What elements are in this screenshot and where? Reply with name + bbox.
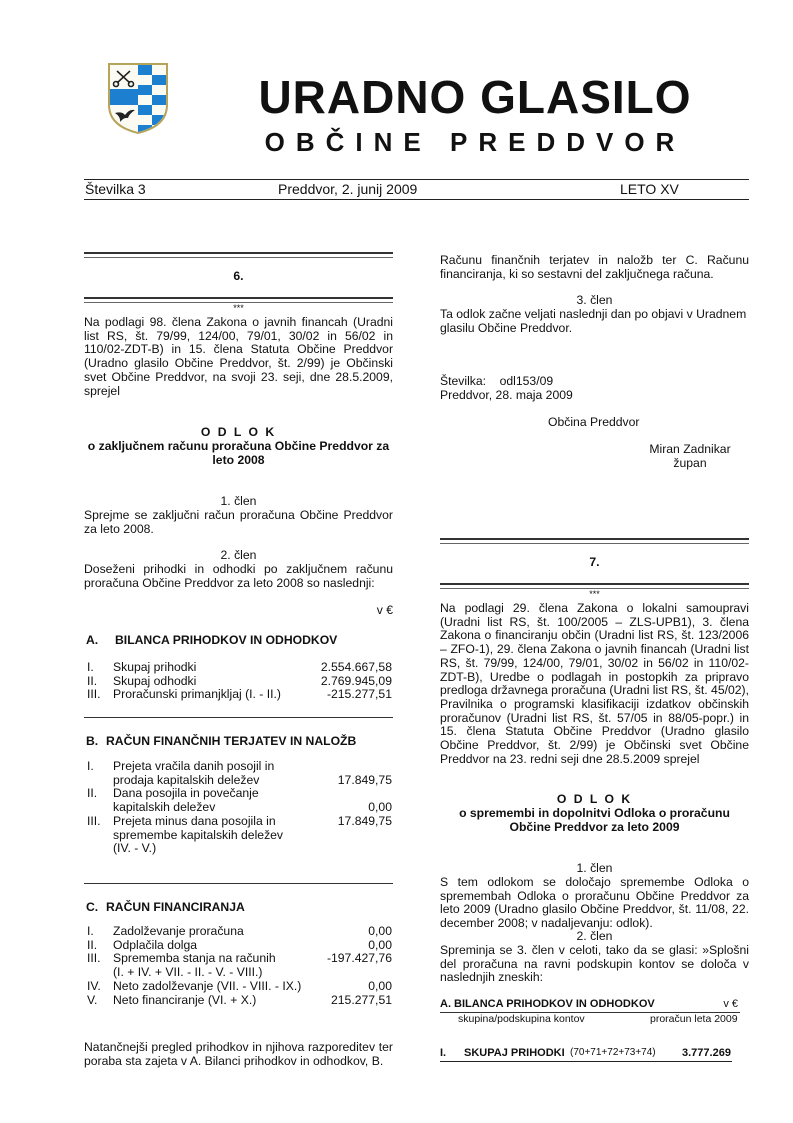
table-row: II.Skupaj odhodki2.769.945,09 [87, 675, 392, 689]
section-b-table: I.Prejeta vračila danih posojil in proda… [87, 760, 392, 856]
table-row: III.Proračunski primanjkljaj (I. - II.)-… [87, 688, 392, 702]
article-1-title: 1. člen [440, 862, 749, 876]
budget-row-label: SKUPAJ PRIHODKI [464, 1047, 565, 1059]
article-2-text: Doseženi prihodki in odhodki po zaključn… [84, 563, 393, 590]
table-row: (I. + IV. + VII. - II. - V. - VIII.) [87, 966, 392, 980]
document-number-label: Številka: [440, 374, 486, 388]
section-b-heading: B.RAČUN FINANČNIH TERJATEV IN NALOŽB [86, 734, 395, 748]
budget-table-currency: v € [723, 998, 738, 1010]
header-rule-top [84, 179, 749, 180]
budget-row-num: I. [440, 1047, 446, 1059]
table-row: kapitalskih deležev0,00 [87, 801, 392, 815]
publication-title: URADNO GLASILO [245, 72, 705, 122]
table-row: II.Dana posojila in povečanje [87, 787, 392, 801]
odlok-subtitle-line-1: o spremembi in dopolnitvi Odloka o prora… [440, 807, 749, 821]
section-c-heading: C.RAČUN FINANCIRANJA [86, 900, 395, 914]
stars-separator: *** [440, 589, 749, 599]
section-b-letter: B. [86, 734, 106, 748]
article-3-title: 3. člen [440, 294, 749, 308]
section-c-title: RAČUN FINANCIRANJA [106, 900, 245, 914]
odlok-title: O D L O K [440, 793, 749, 807]
budget-col-1: skupina/podskupina kontov [458, 1013, 585, 1025]
table-row: I.Zadolževanje proračuna0,00 [87, 925, 392, 939]
table-row: I. SKUPAJ PRIHODKI (70+71+72+73+74) 3.77… [440, 1047, 732, 1062]
section-a-title: BILANCA PRIHODKOV IN ODHODKOV [115, 633, 337, 647]
section-rule [84, 717, 393, 718]
issue-date: Preddvor, 2. junij 2009 [278, 181, 417, 198]
budget-table-header: A. BILANCA PRIHODKOV IN ODHODKOV v € [440, 998, 740, 1013]
article-3-text: Ta odlok začne veljati naslednji dan po … [440, 308, 749, 335]
section-rule [84, 883, 393, 884]
document-number: Številka: odl153/09 [440, 375, 749, 389]
article-2-title: 2. člen [440, 930, 749, 944]
table-row: III.Prejeta minus dana posojila in17.849… [87, 815, 392, 829]
odlok-subtitle: o zaključnem računu proračuna Občine Pre… [84, 440, 393, 467]
budget-col-2: proračun leta 2009 [650, 1013, 738, 1025]
publication-subtitle: OBČINE PREDDVOR [245, 125, 705, 159]
table-row: spremembe kapitalskih deležev [87, 829, 392, 843]
table-row: III.Sprememba stanja na računih-197.427,… [87, 952, 392, 966]
header-rule-bottom [84, 199, 749, 200]
preamble-text: Na podlagi 98. člena Zakona o javnih fin… [84, 316, 393, 398]
section-divider [440, 538, 749, 544]
budget-row-formula: (70+71+72+73+74) [570, 1047, 656, 1058]
issue-number: Številka 3 [85, 181, 146, 198]
signatory-organization: Občina Preddvor [548, 416, 639, 430]
section-number: 6. [84, 270, 393, 284]
table-row: II.Odplačila dolga0,00 [87, 939, 392, 953]
signatory-role: župan [640, 457, 740, 471]
table-row: I.Skupaj prihodki2.554.667,58 [87, 661, 392, 675]
odlok-subtitle-line-2: Občine Preddvor za leto 2009 [440, 821, 749, 835]
place-date: Preddvor, 28. maja 2009 [440, 389, 749, 403]
section-a-letter: A. [86, 633, 115, 647]
continued-text: Računu finančnih terjatev in naložb ter … [440, 254, 749, 281]
closing-text: Natančnejši pregled prihodkov in njihova… [84, 1041, 393, 1068]
article-1-text: S tem odlokom se določajo spremembe Odlo… [440, 876, 749, 931]
odlok-title: O D L O K [84, 426, 393, 440]
article-2-text: Spreminja se 3. člen v celoti, tako da s… [440, 944, 749, 985]
section-a-table: I.Skupaj prihodki2.554.667,58 II.Skupaj … [87, 661, 392, 702]
section-c-table: I.Zadolževanje proračuna0,00 II.Odplačil… [87, 925, 392, 1007]
section-a-heading: A.BILANCA PRIHODKOV IN ODHODKOV [86, 633, 395, 647]
table-row: I.Prejeta vračila danih posojil in [87, 760, 392, 774]
article-1-title: 1. člen [84, 495, 393, 509]
section-c-letter: C. [86, 900, 106, 914]
stars-separator: *** [84, 303, 393, 313]
section-b-title: RAČUN FINANČNIH TERJATEV IN NALOŽB [106, 734, 356, 748]
budget-row-value: 3.777.269 [682, 1047, 731, 1059]
article-2-title: 2. člen [84, 549, 393, 563]
issue-year: LETO XV [620, 181, 679, 198]
document-number-value: odl153/09 [500, 374, 554, 388]
signatory-name: Miran Zadnikar [640, 443, 740, 457]
table-row: V.Neto financiranje (VI. + X.)215.277,51 [87, 994, 392, 1008]
currency-label: v € [84, 604, 393, 618]
preamble-text: Na podlagi 29. člena Zakona o lokalni sa… [440, 602, 749, 766]
table-row: IV.Neto zadolževanje (VII. - VIII. - IX.… [87, 980, 392, 994]
section-divider [84, 252, 393, 258]
section-number: 7. [440, 556, 749, 570]
article-1-text: Sprejme se zaključni račun proračuna Obč… [84, 509, 393, 536]
coat-of-arms-icon [106, 61, 170, 135]
budget-table-title: A. BILANCA PRIHODKOV IN ODHODKOV [440, 998, 655, 1010]
table-row: prodaja kapitalskih deležev17.849,75 [87, 774, 392, 788]
table-row: (IV. - V.) [87, 842, 392, 856]
